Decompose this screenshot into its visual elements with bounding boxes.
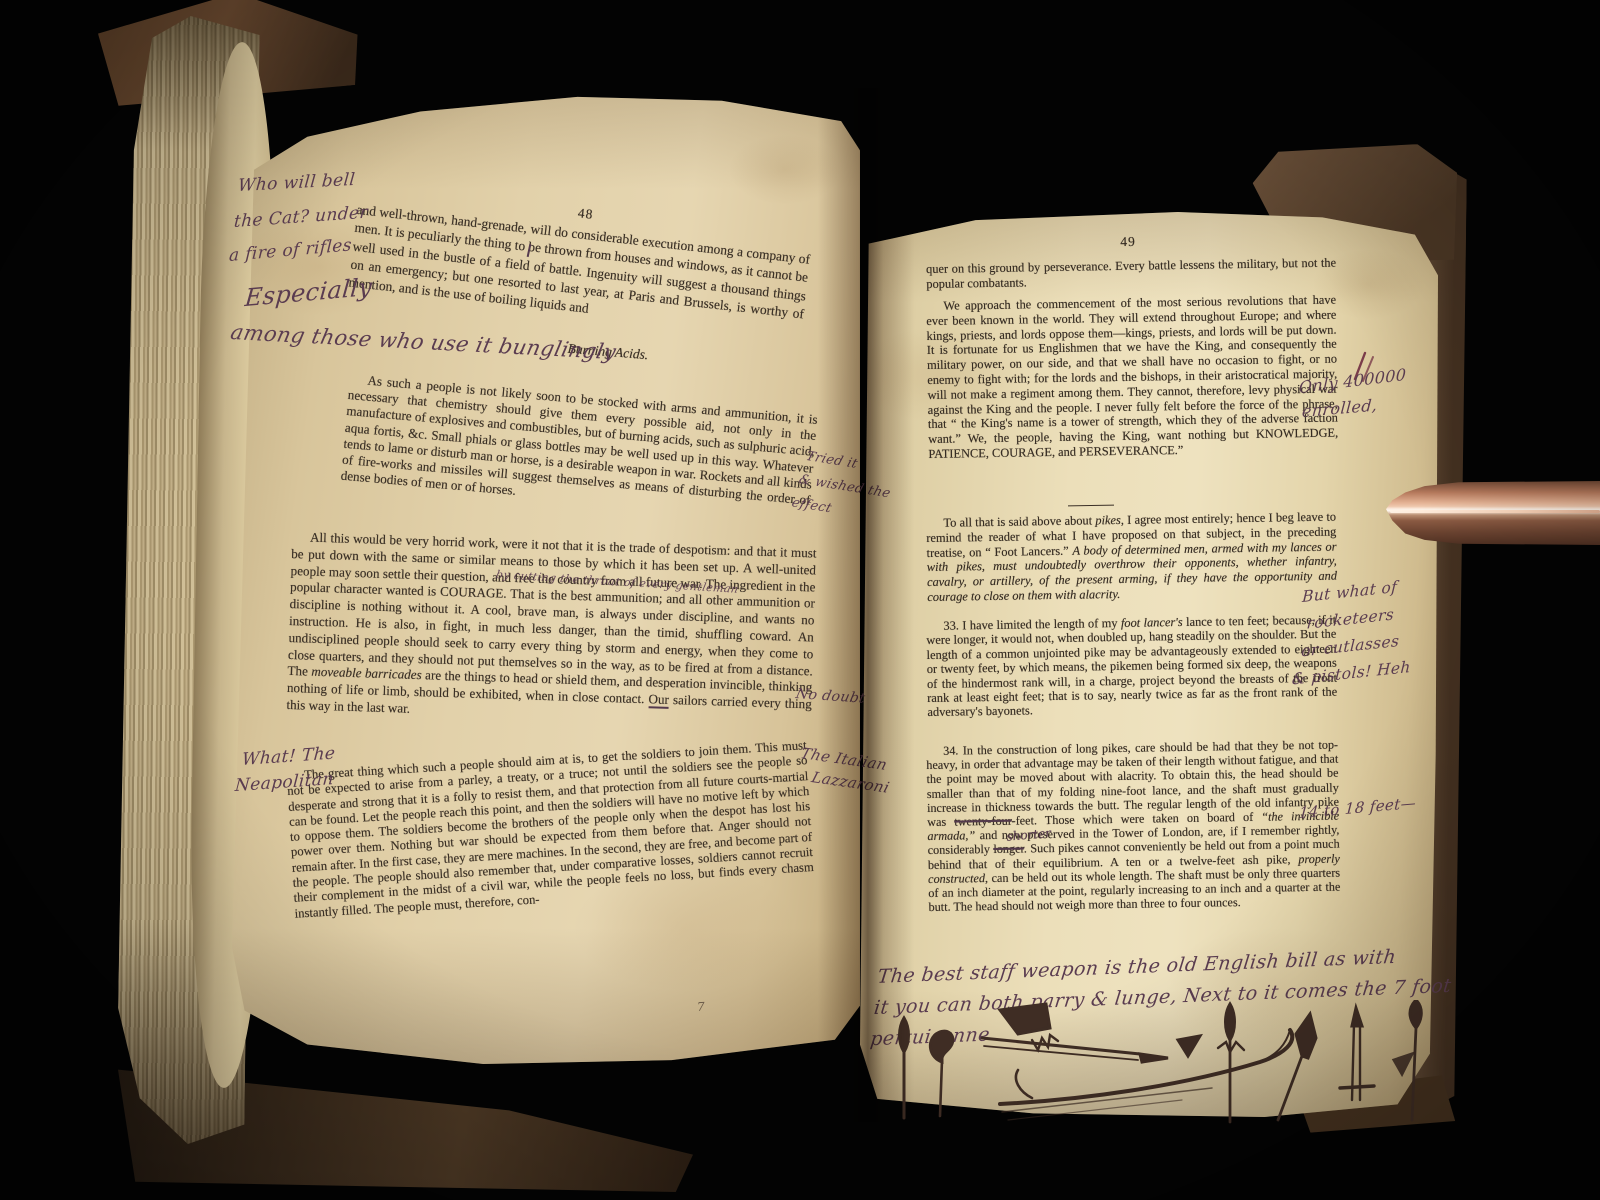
right-paragraph-34: 34. In the construction of long pikes, c… [926,738,1341,915]
paper-knife-highlight [1390,510,1600,513]
weapon-sketches [882,1000,1438,1128]
right-paragraph-revolutions: We approach the commencement of the most… [926,293,1339,462]
right-paragraph-pikes: To all that is said above about pikes, I… [926,510,1337,605]
italic-moveable-barricades: moveable barricades [311,664,422,682]
left-paragraph-courage-a: All this would be very horrid work, were… [287,530,816,679]
italic-pikes: pikes [1095,513,1121,527]
margin-note-but-what-of: But what of rocketeers or cutlasses & pi… [1291,572,1416,694]
right-paragraph-34-e: , can be held out its whole length. The … [928,865,1340,914]
right-paragraph-pikes-a: To all that is said above about [943,513,1095,529]
left-paragraph-soldiers: The great thing which such a people shou… [286,738,815,922]
book-photograph: 48and well-thrown, hand-grenade, will do… [0,0,1600,1200]
underlined-our: Our [648,691,669,709]
right-page-number: 49 [1096,233,1160,250]
left-paragraph-courage: All this would be very horrid work, were… [286,529,817,730]
right-paragraph-33: 33. I have limited the length of my foot… [926,613,1338,720]
signature-mark: 7 [697,1000,706,1014]
italic-foot-lancers: foot lancer's [1121,615,1183,630]
struck-word-twenty-four: twenty-four [954,814,1012,829]
struck-word-longer: shorterlonger [993,842,1024,856]
paper-knife [1386,481,1600,545]
